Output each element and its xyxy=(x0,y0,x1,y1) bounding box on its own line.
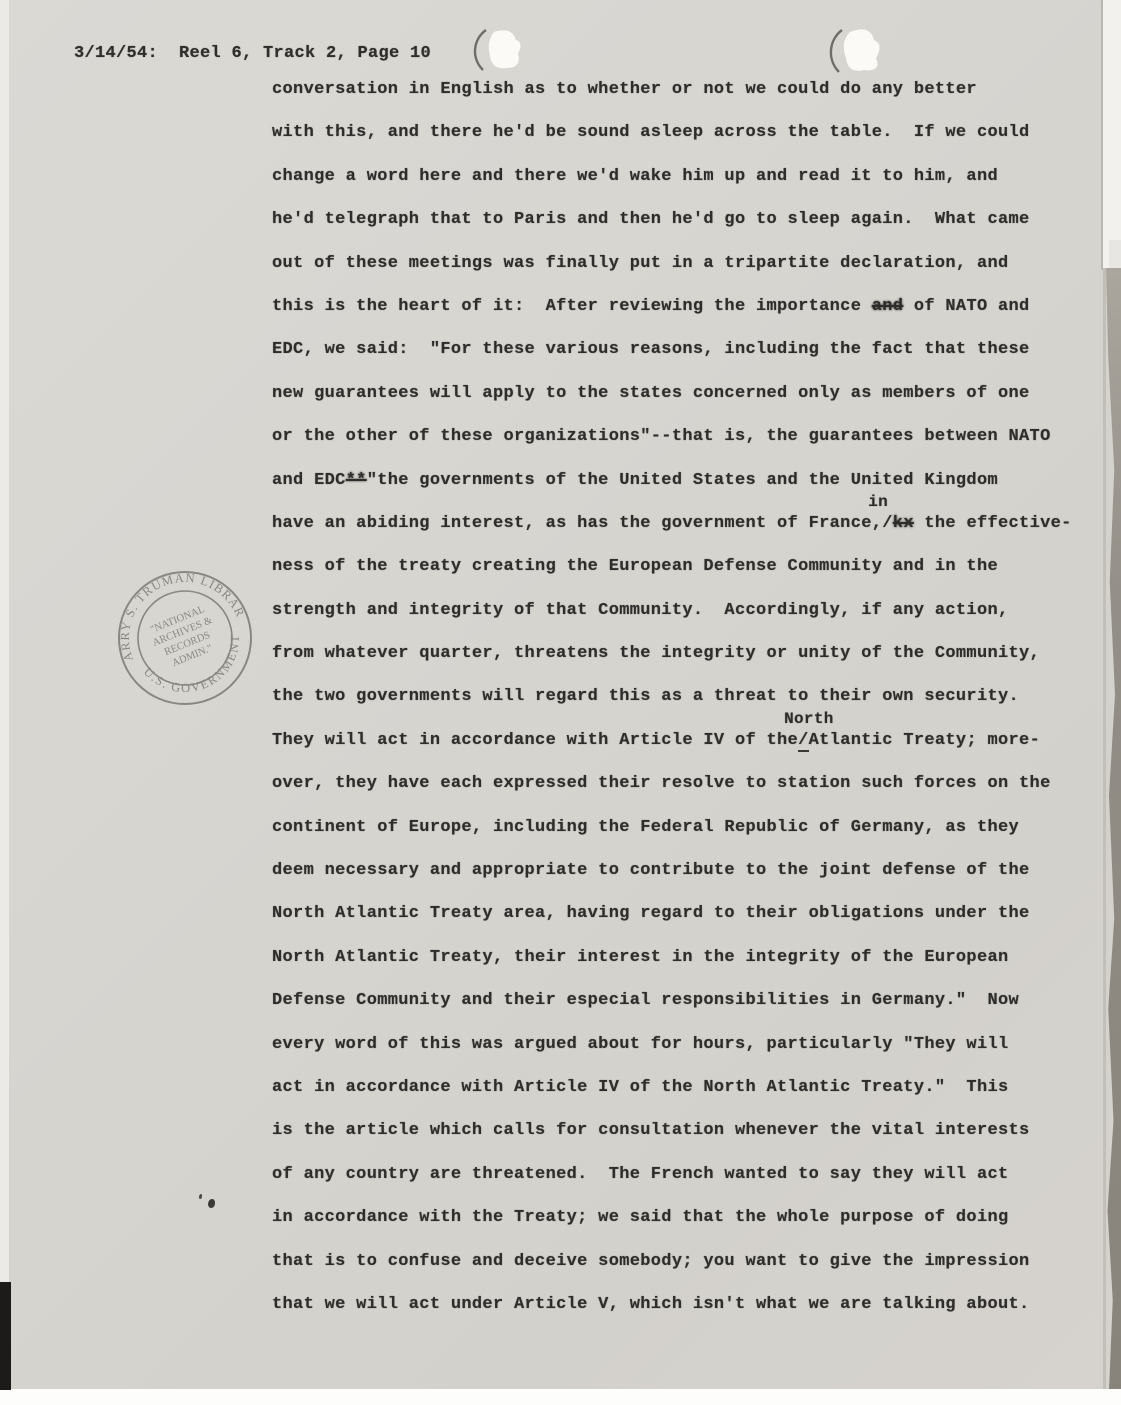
text-line: deem necessary and appropriate to contri… xyxy=(272,861,1072,904)
text-line: act in accordance with Article IV of the… xyxy=(272,1078,1072,1121)
text-line: that is to confuse and deceive somebody;… xyxy=(272,1252,1072,1295)
scan-left-edge xyxy=(0,0,9,1282)
text-segment: change a word here and there we'd wake h… xyxy=(272,167,998,186)
text-segment: deem necessary and appropriate to contri… xyxy=(272,861,1030,880)
text-line: Defense Community and their especial res… xyxy=(272,991,1072,1034)
text-line: with this, and there he'd be sound aslee… xyxy=(272,123,1072,166)
text-segment: of NATO and xyxy=(903,297,1029,316)
text-segment: he'd telegraph that to Paris and then he… xyxy=(272,210,1030,229)
text-line: or the other of these organizations"--th… xyxy=(272,427,1072,470)
text-line: over, they have each expressed their res… xyxy=(272,774,1072,817)
text-segment: Defense Community and their especial res… xyxy=(272,991,1019,1010)
interline-insertion: in/ xyxy=(882,514,893,533)
text-segment: ness of the treaty creating the European… xyxy=(272,557,998,576)
text-line: he'd telegraph that to Paris and then he… xyxy=(272,210,1072,253)
text-segment: out of these meetings was finally put in… xyxy=(272,254,1009,273)
truman-library-stamp: HARRY S. TRUMAN LIBRARY U.S. GOVERNMENT … xyxy=(100,553,270,723)
struck-text: and xyxy=(872,297,904,316)
text-segment: have an abiding interest, as has the gov… xyxy=(272,514,882,533)
text-segment: is the article which calls for consultat… xyxy=(272,1121,1030,1140)
text-segment: Atlantic Treaty; more- xyxy=(809,731,1040,750)
text-segment: new guarantees will apply to the states … xyxy=(272,384,1030,403)
text-line: and EDC**"the governments of the United … xyxy=(272,471,1072,514)
text-line: in accordance with the Treaty; we said t… xyxy=(272,1208,1072,1251)
text-segment: from whatever quarter, threatens the int… xyxy=(272,644,1040,663)
text-line: They will act in accordance with Article… xyxy=(272,731,1072,774)
scan-bottom-left-shadow xyxy=(0,1282,11,1390)
text-segment: the two governments will regard this as … xyxy=(272,687,1019,706)
page-right-edge-top xyxy=(1101,0,1121,270)
interline-insertion: North/ xyxy=(798,731,809,750)
text-segment: continent of Europe, including the Feder… xyxy=(272,818,1019,837)
text-segment: this is the heart of it: After reviewing… xyxy=(272,297,872,316)
text-line: new guarantees will apply to the states … xyxy=(272,384,1072,427)
text-line: continent of Europe, including the Feder… xyxy=(272,818,1072,861)
text-line: North Atlantic Treaty area, having regar… xyxy=(272,904,1072,947)
page-right-edge-crease xyxy=(1103,268,1106,1390)
text-line: this is the heart of it: After reviewing… xyxy=(272,297,1072,340)
text-segment: in accordance with the Treaty; we said t… xyxy=(272,1208,1009,1227)
text-line: change a word here and there we'd wake h… xyxy=(272,167,1072,210)
text-segment: conversation in English as to whether or… xyxy=(272,80,977,99)
text-segment: North Atlantic Treaty, their interest in… xyxy=(272,948,1009,967)
text-segment: that is to confuse and deceive somebody;… xyxy=(272,1252,1030,1271)
text-line: is the article which calls for consultat… xyxy=(272,1121,1072,1164)
punch-hole-icon xyxy=(472,18,532,84)
page-right-torn-edge xyxy=(1106,268,1121,1390)
typewritten-lines: conversation in English as to whether or… xyxy=(272,80,1072,1338)
text-segment: the effective- xyxy=(914,514,1072,533)
page-right-edge-notch xyxy=(1109,240,1121,270)
text-line: have an abiding interest, as has the gov… xyxy=(272,514,1072,557)
text-line: of any country are threatened. The Frenc… xyxy=(272,1165,1072,1208)
text-line: strength and integrity of that Community… xyxy=(272,601,1072,644)
text-segment: act in accordance with Article IV of the… xyxy=(272,1078,1009,1097)
text-segment: EDC, we said: "For these various reasons… xyxy=(272,340,1030,359)
text-line: the two governments will regard this as … xyxy=(272,687,1072,730)
text-segment: of any country are threatened. The Frenc… xyxy=(272,1165,1009,1184)
text-line: North Atlantic Treaty, their interest in… xyxy=(272,948,1072,991)
text-segment: North Atlantic Treaty area, having regar… xyxy=(272,904,1030,923)
text-segment: or the other of these organizations"--th… xyxy=(272,427,1051,446)
text-segment: that we will act under Article V, which … xyxy=(272,1295,1030,1314)
text-line: from whatever quarter, threatens the int… xyxy=(272,644,1072,687)
scanned-document-page: 3/14/54: Reel 6, Track 2, Page 10 conver… xyxy=(0,0,1121,1405)
text-line: every word of this was argued about for … xyxy=(272,1035,1072,1078)
text-segment: They will act in accordance with Article… xyxy=(272,731,798,750)
text-segment: every word of this was argued about for … xyxy=(272,1035,1009,1054)
stray-ink-mark xyxy=(208,1199,215,1208)
text-line: out of these meetings was finally put in… xyxy=(272,254,1072,297)
text-line: that we will act under Article V, which … xyxy=(272,1295,1072,1338)
text-line: EDC, we said: "For these various reasons… xyxy=(272,340,1072,383)
struck-text: kx xyxy=(893,514,914,533)
text-line: conversation in English as to whether or… xyxy=(272,80,1072,123)
punch-hole-icon xyxy=(826,16,892,86)
struck-text: ** xyxy=(346,471,367,490)
text-segment: with this, and there he'd be sound aslee… xyxy=(272,123,1030,142)
text-segment: and EDC xyxy=(272,471,346,490)
page-header: 3/14/54: Reel 6, Track 2, Page 10 xyxy=(74,44,431,63)
text-segment: strength and integrity of that Community… xyxy=(272,601,1009,620)
text-segment: "the governments of the United States an… xyxy=(367,471,998,490)
page-bottom-edge xyxy=(0,1389,1121,1405)
text-segment: over, they have each expressed their res… xyxy=(272,774,1051,793)
text-line: ness of the treaty creating the European… xyxy=(272,557,1072,600)
